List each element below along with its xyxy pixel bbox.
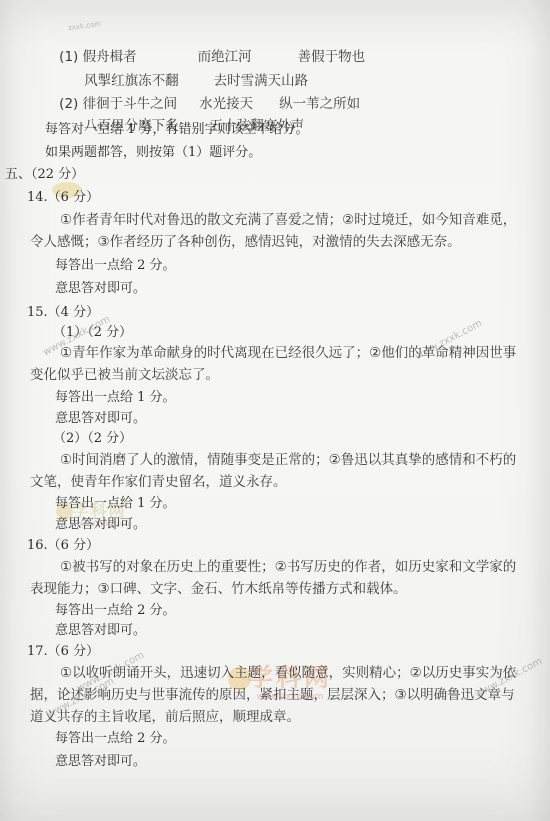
score-note: 每答出一点给 1 分。 (55, 496, 176, 512)
question-number: 17.（6 分） (27, 644, 99, 660)
answer-text: ①青年作家为革命献身的时代离现在已经很久远了；②他们的革命精神因世事 (60, 345, 516, 361)
score-note: 每答对一空给 1 分，有错别字则该空不给分。 (45, 122, 309, 138)
answer-text: ①时间消磨了人的激情，情随事变是正常的；②鲁迅以其真挚的感情和不朽的 (60, 452, 516, 468)
score-note: 每答出一点给 2 分。 (55, 731, 176, 747)
answer-text: 令人感慨；③作者经历了各种创伤，感情迟钝，对激情的失去深感无奈。 (30, 234, 461, 250)
score-note: 意思答对即可。 (55, 411, 146, 427)
scanned-answer-sheet: zxxk.com www.zxxk.com www.zxxk.com www.z… (0, 0, 550, 821)
score-note: 如果两题都答，则按第（1）题评分。 (45, 145, 261, 161)
score-note: 每答出一点给 2 分。 (55, 603, 176, 619)
score-note: 意思答对即可。 (55, 281, 146, 297)
score-note: 每答出一点给 2 分。 (55, 258, 176, 274)
answer-text: 文笔，使青年作家们青史留名，道义永存。 (30, 474, 287, 490)
answer-text: ①被书写的对象在历史上的重要性；②书写历史的作者，如历史家和文学家的 (60, 559, 516, 575)
question-number: 14.（6 分） (27, 190, 99, 206)
sub-question-number: （2）（2 分） (53, 431, 132, 447)
score-note: 意思答对即可。 (55, 517, 146, 533)
score-note: 每答出一点给 1 分。 (55, 390, 176, 406)
section-heading: 五、（22 分） (5, 167, 84, 183)
score-note: 意思答对即可。 (55, 623, 146, 639)
question-number: 16.（6 分） (27, 538, 99, 554)
watermark-url-text: zxxk.com (68, 20, 102, 33)
score-note: 意思答对即可。 (55, 754, 146, 770)
question-number: 15.（4 分） (27, 305, 99, 321)
answer-text: 道义共存的主旨收尾，前后照应，顺理成章。 (30, 709, 300, 725)
answer-text: 表现能力；③口碑、文字、金石、竹木纸帛等传播方式和载体。 (30, 581, 407, 597)
answer-text: ①作者青年时代对鲁迅的散文充满了喜爱之情；②时过境迁，如今知音难觅， (60, 212, 516, 228)
answer-text: 变化似乎已被当前文坛淡忘了。 (30, 367, 219, 383)
